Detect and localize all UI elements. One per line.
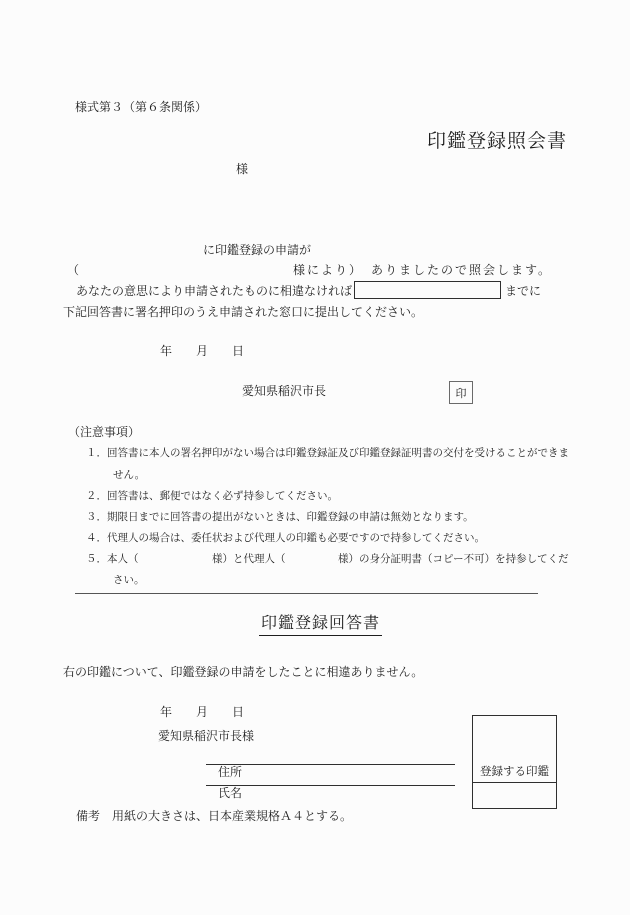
remark: 備考 用紙の大きさは、日本産業規格Ａ４とする。	[76, 809, 352, 823]
document-page: 様式第３（第６条関係） 印鑑登録照会書 様 に印鑑登録の申請が （ 様により） …	[0, 0, 630, 915]
name-input-line[interactable]: 氏名	[206, 772, 455, 786]
address-input-line[interactable]: 住所	[206, 751, 455, 765]
note-line: せん。	[113, 469, 145, 482]
note-line: ３．期限日までに回答書の提出がないときは、印鑑登録の申請は無効となります。	[86, 511, 474, 524]
form-number: 様式第３（第６条関係）	[75, 100, 207, 114]
registered-seal-label: 登録する印鑑	[480, 763, 549, 779]
deadline-input-box[interactable]	[354, 281, 501, 299]
body-line2-text: 様により） ありましたので照会します。	[293, 263, 552, 277]
answer-title: 印鑑登録回答書	[259, 614, 382, 636]
note-line: ２．回答書は、郵便ではなく必ず持参してください。	[86, 490, 338, 503]
inquiry-date-line: 年 月 日	[160, 344, 244, 358]
mayor-seal-box[interactable]: 印	[449, 381, 473, 404]
inquiry-mayor: 愛知県稲沢市長	[242, 384, 326, 398]
seal-stamp-area[interactable]	[473, 819, 556, 878]
notes-heading: （注意事項）	[68, 425, 140, 439]
registered-seal-box-header: 登録する印鑑	[473, 752, 556, 783]
answer-mayor: 愛知県稲沢市長様	[158, 729, 254, 743]
note-line: ４．代理人の場合は、委任状および代理人の印鑑も必要ですので持参してください。	[86, 532, 485, 545]
registered-seal-box: 登録する印鑑	[472, 715, 557, 809]
body-line4: 下記回答書に署名押印のうえ申請された窓口に提出してください。	[63, 305, 423, 319]
body-line3-after: までに	[505, 284, 541, 298]
note-line: さい。	[113, 574, 145, 587]
name-label: 氏名	[218, 786, 242, 800]
body-line1: に印鑑登録の申請が	[203, 243, 311, 257]
body-line2-open-paren: （	[67, 263, 79, 277]
addressee-suffix: 様	[236, 162, 248, 176]
answer-date-line: 年 月 日	[160, 705, 244, 719]
note-line: １．回答書に本人の署名押印がない場合は印鑑登録証及び印鑑登録証明書の交付を受ける…	[86, 447, 569, 460]
note-line: ５．本人（ 様）と代理人（ 様）の身分証明書（コピー不可）を持参してくだ	[86, 553, 569, 566]
inquiry-title: 印鑑登録照会書	[427, 131, 567, 153]
section-divider	[75, 593, 538, 594]
answer-statement: 右の印鑑について、印鑑登録の申請をしたことに相違ありません。	[63, 665, 423, 679]
body-line3-before: あなたの意思により申請されたものに相違なければ	[76, 284, 352, 298]
seal-mark-label: 印	[456, 385, 467, 401]
